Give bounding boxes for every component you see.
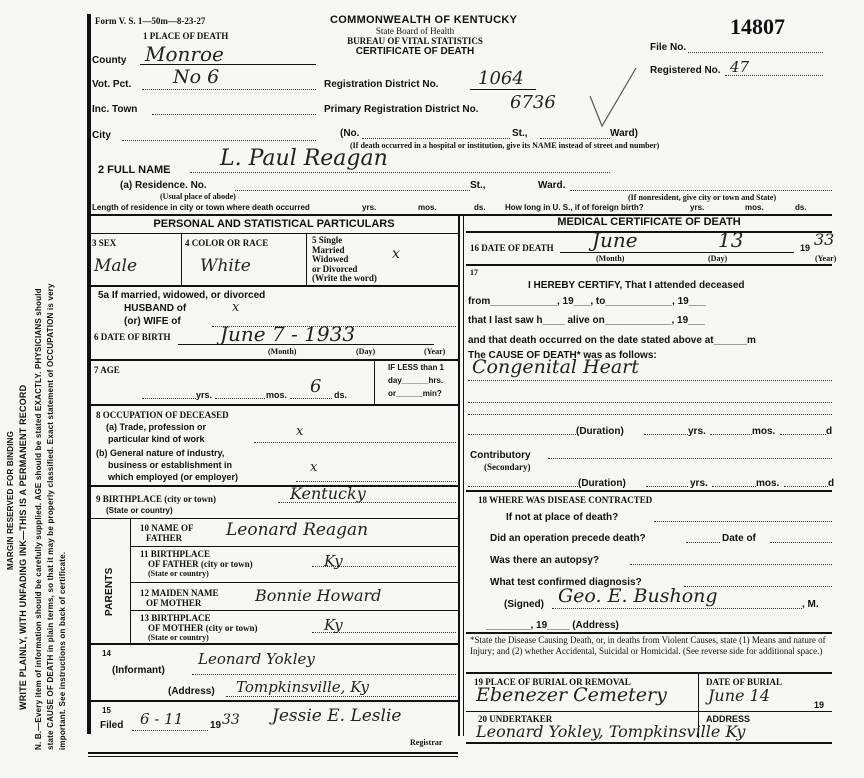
header-title-block: COMMONWEALTH OF KENTUCKY State Board of … [330,14,500,57]
registrar-name: Jessie E. Leslie [272,706,401,726]
how-long-in-us: How long in U. S., if of foreign birth? [505,203,644,212]
death-certificate: MARGIN RESERVED FOR BINDING WRITE PLAINL… [0,0,864,778]
length-mos: mos. [418,203,437,212]
burial-date-value: June 14 [708,686,770,705]
birthplace-sub: (State or country) [106,506,173,515]
contributory-label: Contributory [470,450,531,461]
informant-address-label: (Address) [168,686,215,697]
filed-year-prefix: 19 [210,720,221,731]
less-or-min: or______min? [388,389,442,398]
occ-b-line-3: which employed (or employer) [108,472,238,482]
occ-b-line-1: (b) General nature of industry, [96,448,224,458]
father-birthplace-label: 11 BIRTHPLACE OF FATHER (city or town) (… [140,550,253,579]
contracted-label: 18 WHERE WAS DISEASE CONTRACTED [478,495,652,505]
less-than-1-day: IF LESS than 1 [388,363,444,372]
certify-text: I HEREBY CERTIFY, That I attended deceas… [528,280,745,291]
margin-reserved: MARGIN RESERVED FOR BINDING [6,431,15,570]
spouse-value: x [232,300,239,315]
residence-label: (a) Residence. No. [120,180,207,191]
hospital-note: (If death occurred in a hospital or inst… [350,141,659,150]
residence-ward-label: Ward. [538,180,565,191]
filed-year: 33 [222,712,240,728]
margin-instructions: MARGIN RESERVED FOR BINDING WRITE PLAINL… [4,110,78,750]
inc-town-label: Inc. Town [92,104,137,115]
state-board: State Board of Health [330,26,500,36]
us-yrs: yrs. [690,203,704,212]
signed-label: (Signed) [504,599,544,610]
ward-label: Ward) [610,128,638,139]
us-mos: mos. [745,203,764,212]
duration-primary: (Duration) [576,426,624,437]
duration-secondary-yrs: yrs. [690,478,708,489]
dob-value: June 7 - 1933 [220,322,355,346]
place-of-death-heading: 1 PLACE OF DEATH [143,31,228,41]
duration-secondary: (Duration) [578,478,626,489]
length-yrs: yrs. [362,203,376,212]
vot-pct-value: No 6 [173,66,219,88]
age-label: 7 AGE [94,365,120,375]
father-name-label: 10 NAME OF FATHER [140,523,194,543]
occ-a-value: x [296,424,303,439]
autopsy-question: Was there an autopsy? [490,555,599,566]
item-17: 17 [470,268,478,277]
dob-label: 6 DATE OF BIRTH [94,332,170,342]
not-at-place: If not at place of death? [506,512,618,523]
city-label: City [92,130,111,141]
dod-year: 33 [814,230,834,249]
dob-year-caption: (Year) [424,347,445,356]
sex-label: 3 SEX [92,238,116,248]
dod-label: 16 DATE OF DEATH [470,243,554,253]
vot-pct-label: Vot. Pct. [92,79,131,90]
commonwealth-title: COMMONWEALTH OF KENTUCKY [330,14,500,26]
age-mos: mos. [266,390,287,400]
age-ds-value: 6 [310,376,321,397]
operation-question: Did an operation precede death? [490,533,646,544]
dob-day-caption: (Day) [356,347,375,356]
county-label: County [92,55,126,66]
age-yrs: yrs. [196,390,212,400]
duration-secondary-d: d [828,478,834,489]
dod-day-caption: (Day) [708,254,727,263]
dod-month: June [592,228,638,252]
st-label: St., [512,128,528,139]
duration-primary-mos: mos. [752,426,775,437]
father-name-value: Leonard Reagan [226,520,368,540]
informant-label: (Informant) [112,665,165,676]
occ-a-line-1: (a) Trade, profession or [106,422,206,432]
secondary-label: (Secondary) [484,462,531,472]
occ-a-line-2: particular kind of work [108,434,205,444]
residence-st-label: St., [470,180,486,191]
full-name-value: L. Paul Reagan [220,146,388,171]
father-birthplace-value: Ky [324,552,343,570]
operation-date-of: Date of [722,533,756,544]
dod-day: 13 [718,228,743,252]
parents-label: PARENTS [104,568,115,616]
registered-no-label: Registered No. [650,65,721,76]
nonresident-note: (If nonresident, give city or town and S… [628,193,776,202]
mother-birthplace-label: 13 BIRTHPLACE OF MOTHER (city or town) (… [140,614,258,643]
informant-address-value: Tompkinsville, Ky [236,678,369,696]
last-saw-line: that I last saw h____ alive on__________… [468,315,705,326]
file-no-label: File No. [650,42,686,53]
length-of-residence-label: Length of residence in city or town wher… [92,203,310,212]
race-value: White [200,256,251,276]
cause-value: Congenital Heart [472,356,639,378]
less-day-hrs: day______hrs. [388,376,443,385]
stamp-number: 14807 [730,14,785,40]
mother-name-value: Bonnie Howard [255,586,381,605]
signed-value: Geo. E. Bushong [558,585,718,607]
filed-num: 15 [102,706,111,715]
full-name-label: 2 FULL NAME [98,164,171,176]
primary-reg-label: Primary Registration District No. [324,104,478,115]
personal-heading: PERSONAL AND STATISTICAL PARTICULARS [92,218,456,230]
primary-reg-value: 6736 [510,92,556,113]
spouse-line-3: (or) WIFE of [124,316,181,327]
registrar-label: Registrar [410,738,442,747]
age-ds: ds. [334,390,347,400]
race-label: 4 COLOR OR RACE [185,238,268,248]
undertaker-value: Leonard Yokley, Tompkinsville Ky [476,722,745,741]
occupation-label: 8 OCCUPATION OF DECEASED [96,410,229,420]
dob-month-caption: (Month) [268,347,296,356]
check-mark-icon [588,66,638,128]
duration-primary-yrs: yrs. [688,426,706,437]
margin-note-3: important. See instructions on back of c… [58,552,67,750]
margin-write-plainly: WRITE PLAINLY, WITH UNFADING INK—THIS IS… [18,385,28,710]
residence-sub: (Usual place of abode) [160,192,236,201]
informant-value: Leonard Yokley [198,650,315,668]
burial-year-prefix: 19 [814,700,824,710]
reg-district-label: Registration District No. [324,79,438,90]
marital-status-block: 5 Single Married Widowed or Divorced (Wr… [312,236,377,284]
mother-name-label: 12 MAIDEN NAME OF MOTHER [140,588,219,608]
us-ds: ds. [795,203,807,212]
duration-secondary-mos: mos. [756,478,779,489]
footnote: *State the Disease Causing Death, or, in… [470,635,836,657]
margin-note-1: N. B.—Every item of information should b… [34,288,43,750]
burial-place-value: Ebenezer Cemetery [476,684,667,706]
signed-md: , M. [802,599,819,610]
county-value: Monroe [145,42,224,66]
form-number: Form V. S. 1—50m—8-23-27 [95,16,205,26]
reg-district-value: 1064 [478,68,524,89]
binding-rule [87,14,91,734]
sex-value: Male [94,256,137,276]
from-line: from____________, 19___, to____________,… [468,296,705,307]
birthplace-value: Kentucky [290,484,366,503]
occ-b-value: x [310,460,317,475]
no-label: (No. [340,128,359,139]
marital-value: x [392,246,400,262]
bureau: BUREAU OF VITAL STATISTICS [330,36,500,46]
registered-no-value: 47 [730,58,749,76]
informant-num: 14 [102,649,111,658]
address-date-line: ________, 19____ (Address) [486,620,619,631]
birthplace-label: 9 BIRTHPLACE (city or town) [96,494,216,504]
dod-year-prefix: 19 [800,243,810,253]
duration-primary-d: d [826,426,832,437]
dod-month-caption: (Month) [596,254,624,263]
length-ds: ds. [474,203,486,212]
spouse-line-2: HUSBAND of [124,303,186,314]
dod-year-caption: (Year) [815,254,836,263]
margin-note-2: state CAUSE OF DEATH in plain terms, so … [46,283,55,750]
filed-date: 6 - 11 [140,710,183,728]
medical-heading: MEDICAL CERTIFICATE OF DEATH [466,216,832,228]
certificate-title: CERTIFICATE OF DEATH [330,46,500,57]
spouse-line-1: 5a If married, widowed, or divorced [98,290,265,301]
occ-b-line-2: business or establishment in [108,460,232,470]
occurred-line: and that death occurred on the date stat… [468,335,756,346]
filed-label: Filed [100,720,123,731]
